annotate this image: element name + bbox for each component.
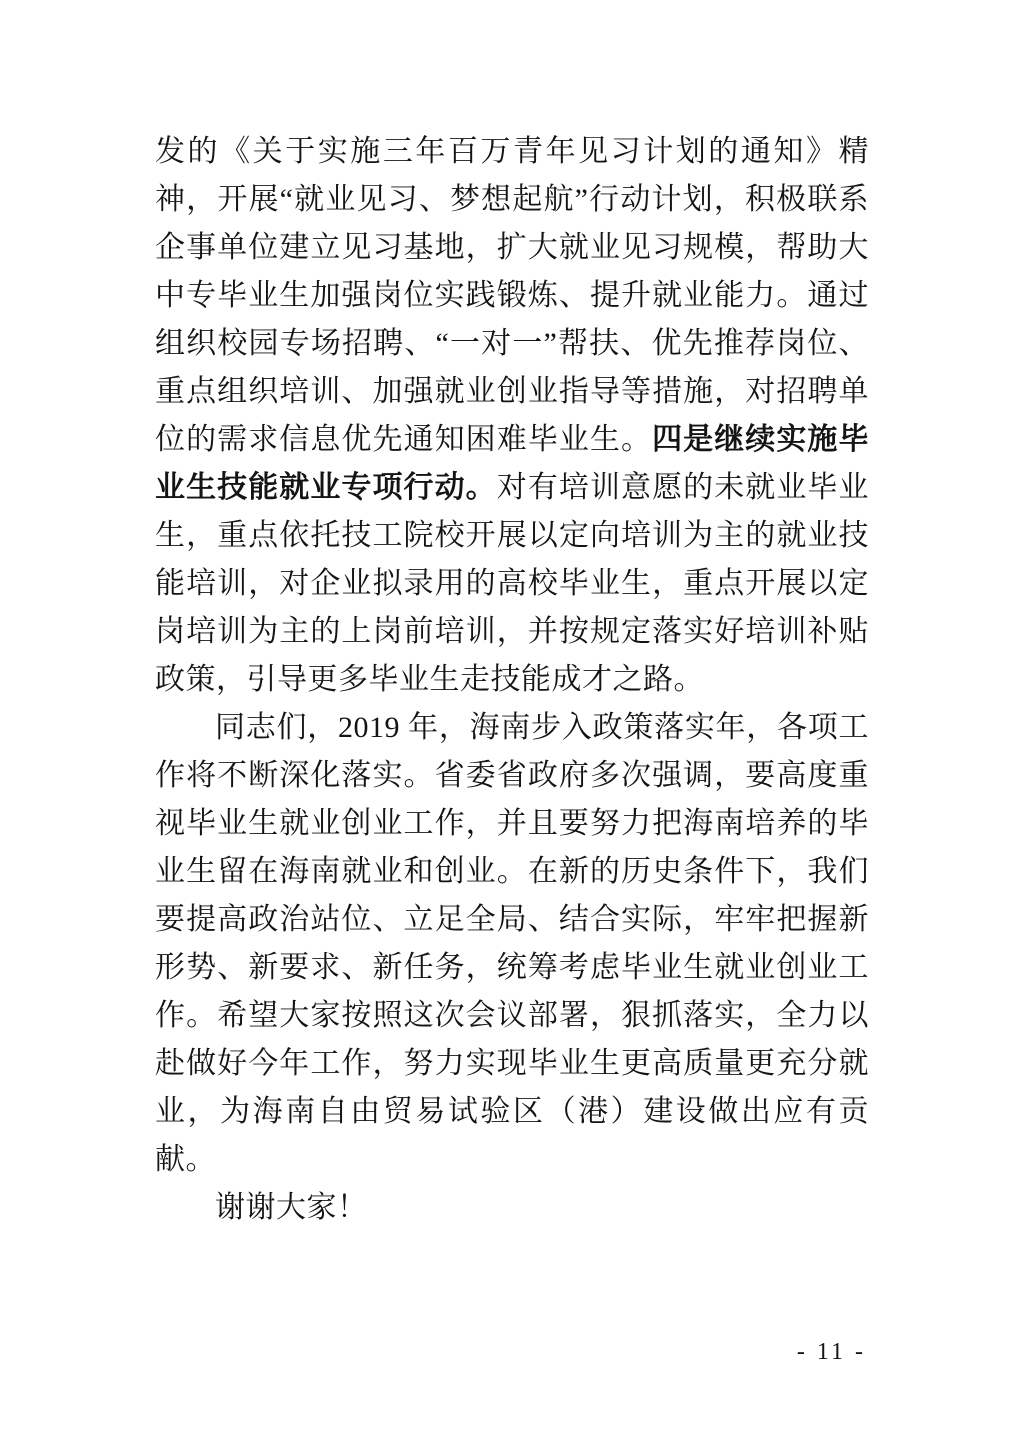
paragraph-thanks: 谢谢大家！ (155, 1184, 869, 1232)
document-body: 发的《关于实施三年百万青年见习计划的通知》精神，开展“就业见习、梦想起航”行动计… (155, 128, 869, 1232)
paragraph-continuation: 发的《关于实施三年百万青年见习计划的通知》精神，开展“就业见习、梦想起航”行动计… (155, 128, 869, 704)
body-text-before-bold: 发的《关于实施三年百万青年见习计划的通知》精神，开展“就业见习、梦想起航”行动计… (155, 135, 869, 456)
page-number: - 11 - (797, 1338, 866, 1366)
body-text-after-bold: 对有培训意愿的未就业毕业生，重点依托技工院校开展以定向培训为主的就业技能培训，对… (155, 471, 869, 696)
document-page: 发的《关于实施三年百万青年见习计划的通知》精神，开展“就业见习、梦想起航”行动计… (0, 0, 1024, 1447)
paragraph-comrades-2019: 同志们，2019 年，海南步入政策落实年，各项工作将不断深化落实。省委省政府多次… (155, 704, 869, 1184)
